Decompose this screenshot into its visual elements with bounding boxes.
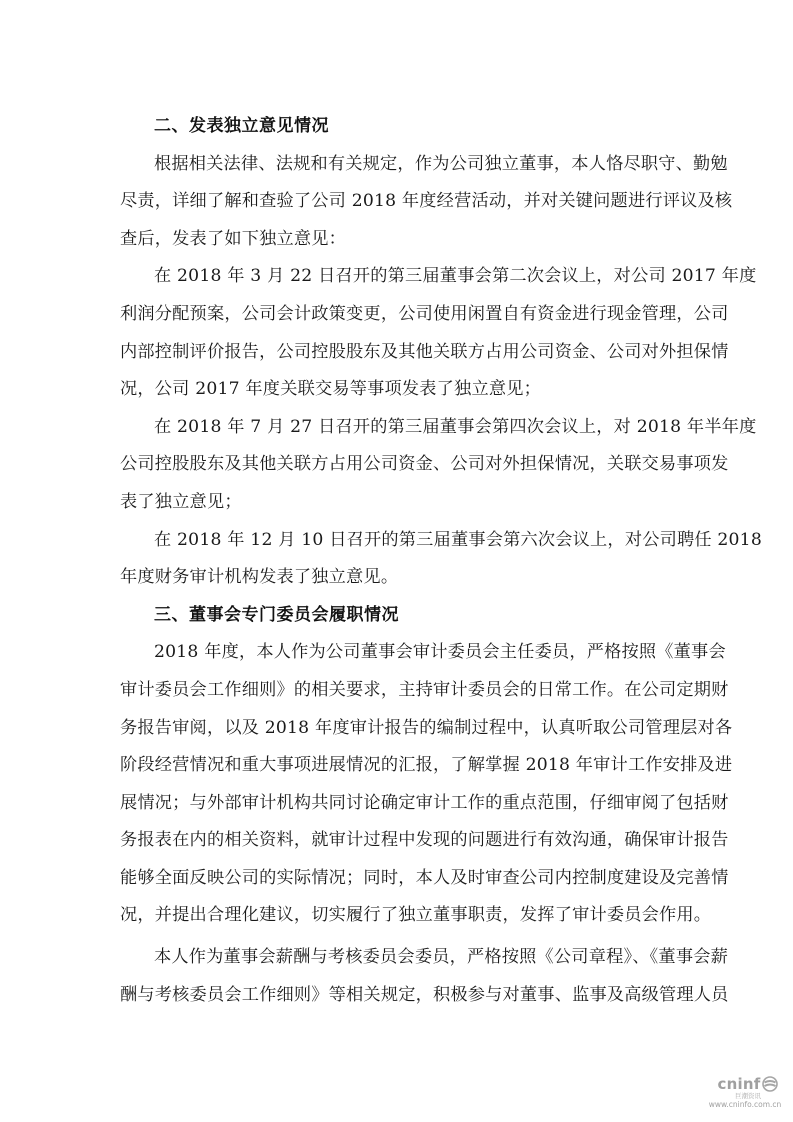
cninfo-swoosh-icon <box>762 1076 778 1092</box>
text-line: 2018 年度，本人作为公司董事会审计委员会主任委员，严格按照《董事会 <box>120 634 676 672</box>
text-line: 务报告审阅，以及 2018 年度审计报告的编制过程中，认真听取公司管理层对各 <box>120 710 676 748</box>
text-line: 在 2018 年 3 月 22 日召开的第三届董事会第二次会议上，对公司 201… <box>120 258 676 296</box>
text-line: 年度财务审计机构发表了独立意见。 <box>120 559 676 597</box>
cninfo-watermark: cninf 巨潮资讯 www.cninfo.com.cn <box>705 1075 791 1109</box>
paragraph-meeting-july: 在 2018 年 7 月 27 日召开的第三届董事会第四次会议上，对 2018 … <box>120 409 676 522</box>
text-line: 公司控股股东及其他关联方占用公司资金、公司对外担保情况，关联交易事项发 <box>120 446 676 484</box>
text-line: 展情况；与外部审计机构共同讨论确定审计工作的重点范围，仔细审阅了包括财 <box>120 785 676 823</box>
text-line: 在 2018 年 12 月 10 日召开的第三届董事会第六次会议上，对公司聘任 … <box>120 522 676 560</box>
paragraph-meeting-march: 在 2018 年 3 月 22 日召开的第三届董事会第二次会议上，对公司 201… <box>120 258 676 408</box>
paragraph-audit-committee: 2018 年度，本人作为公司董事会审计委员会主任委员，严格按照《董事会 审计委员… <box>120 634 676 935</box>
text-line: 务报表在内的相关资料，就审计过程中发现的问题进行有效沟通，确保审计报告 <box>120 822 676 860</box>
document-page: 二、发表独立意见情况 根据相关法律、法规和有关规定，作为公司独立董事，本人恪尽职… <box>120 108 676 1014</box>
text-line: 能够全面反映公司的实际情况；同时，本人及时审查公司内控制度建设及完善情 <box>120 860 676 898</box>
section-heading-independent-opinions: 二、发表独立意见情况 <box>120 108 676 146</box>
text-line: 查后，发表了如下独立意见： <box>120 221 676 259</box>
watermark-subtitle: 巨潮资讯 <box>705 1092 791 1100</box>
watermark-url: www.cninfo.com.cn <box>699 1100 791 1109</box>
text-line: 根据相关法律、法规和有关规定，作为公司独立董事，本人恪尽职守、勤勉 <box>120 146 676 184</box>
paragraph-meeting-december: 在 2018 年 12 月 10 日召开的第三届董事会第六次会议上，对公司聘任 … <box>120 522 676 597</box>
section-heading-committee-duties: 三、董事会专门委员会履职情况 <box>120 597 676 635</box>
text-line: 表了独立意见； <box>120 484 676 522</box>
watermark-logo: cninf <box>705 1075 791 1093</box>
text-line: 阶段经营情况和重大事项进展情况的汇报，了解掌握 2018 年审计工作安排及进 <box>120 747 676 785</box>
text-line: 酬与考核委员会工作细则》等相关规定，积极参与对董事、监事及高级管理人员 <box>120 977 676 1015</box>
watermark-brand: cninf <box>718 1075 761 1093</box>
text-line: 利润分配预案，公司会计政策变更，公司使用闲置自有资金进行现金管理，公司 <box>120 296 676 334</box>
text-line: 内部控制评价报告，公司控股股东及其他关联方占用公司资金、公司对外担保情 <box>120 334 676 372</box>
text-line: 本人作为董事会薪酬与考核委员会委员，严格按照《公司章程》、《董事会薪 <box>120 939 676 977</box>
text-line: 审计委员会工作细则》的相关要求，主持审计委员会的日常工作。在公司定期财 <box>120 672 676 710</box>
text-line: 在 2018 年 7 月 27 日召开的第三届董事会第四次会议上，对 2018 … <box>120 409 676 447</box>
paragraph-intro: 根据相关法律、法规和有关规定，作为公司独立董事，本人恪尽职守、勤勉 尽责，详细了… <box>120 146 676 259</box>
text-line: 尽责，详细了解和查验了公司 2018 年度经营活动，并对关键问题进行评议及核 <box>120 183 676 221</box>
text-line: 况，公司 2017 年度关联交易等事项发表了独立意见； <box>120 371 676 409</box>
paragraph-compensation-committee: 本人作为董事会薪酬与考核委员会委员，严格按照《公司章程》、《董事会薪 酬与考核委… <box>120 939 676 1014</box>
text-line: 况，并提出合理化建议，切实履行了独立董事职责，发挥了审计委员会作用。 <box>120 897 676 935</box>
